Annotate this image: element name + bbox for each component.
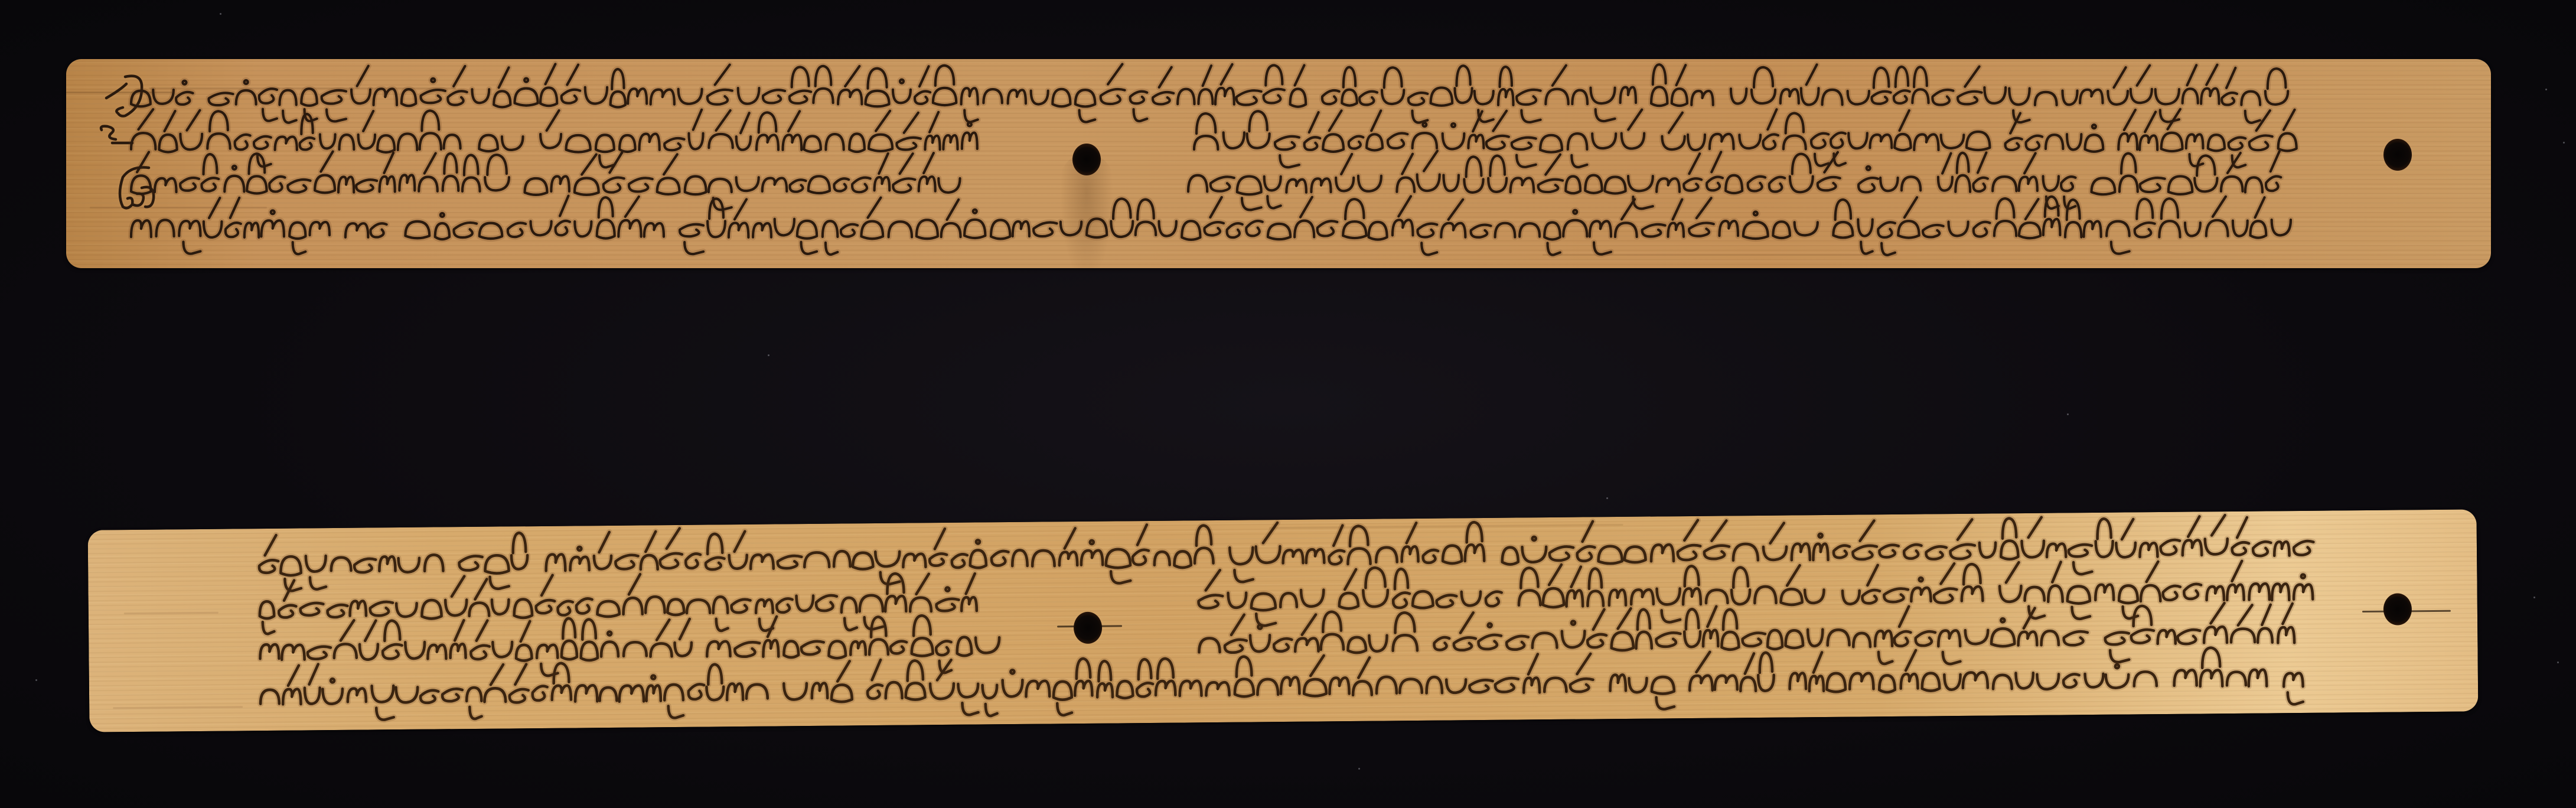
transcription-top: [handwritten Burmese script — line 1, co…: [0, 0, 1, 1]
text-line: [handwritten Burmese script — line 1, co…: [0, 0, 1, 1]
backdrop-speck: [1358, 768, 1360, 770]
backdrop-speck: [2563, 142, 2565, 144]
palm-leaf-folio-bottom: Palm-leaf folio (lower) Burmese (handwri…: [88, 509, 2479, 732]
transcription-bottom: [handwritten Burmese script — line 1, co…: [0, 0, 1, 1]
backdrop-speck: [220, 13, 221, 15]
backdrop-speck: [1606, 497, 1608, 499]
backdrop-speck: [2545, 89, 2547, 90]
script-text-bottom: [88, 509, 2479, 732]
backdrop-speck: [768, 354, 769, 356]
backdrop-speck: [35, 679, 37, 681]
script-line: [131, 109, 977, 167]
handwritten-lines: [131, 64, 2297, 255]
script-text-top: [66, 59, 2491, 268]
text-line: [handwritten Burmese script — line 1, co…: [0, 0, 1, 1]
backdrop-speck: [2557, 662, 2559, 663]
backdrop-speck: [2533, 597, 2535, 598]
backdrop-speck: [2067, 413, 2069, 415]
manuscript-photo: Palm-leaf folio (upper) Burmese (handwri…: [0, 0, 2576, 808]
palm-leaf-folio-top: Palm-leaf folio (upper) Burmese (handwri…: [66, 59, 2491, 268]
handwritten-lines: [259, 514, 2314, 722]
